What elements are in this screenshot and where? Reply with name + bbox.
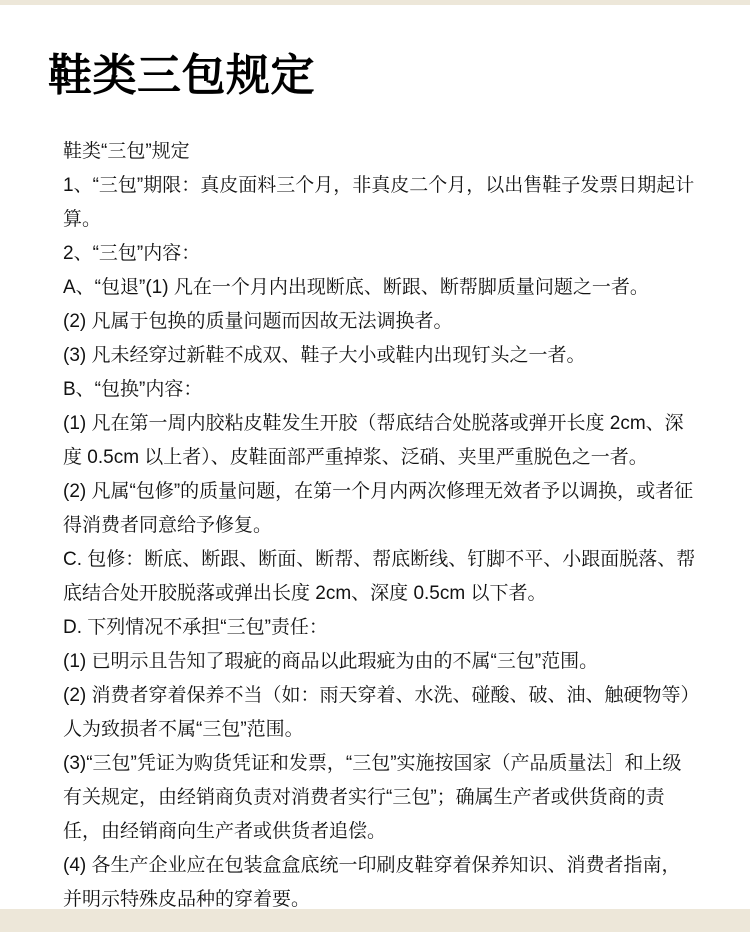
regulation-paragraph: (4) 各生产企业应在包装盒盒底统一印刷皮鞋穿着保养知识、消费者指南，并明示特殊… bbox=[63, 849, 698, 917]
page-title: 鞋类三包规定 bbox=[0, 0, 750, 100]
shoe-warranty-document: { "document": { "title": "鞋类三包规定", "para… bbox=[0, 0, 750, 932]
regulation-paragraph: B、“包换”内容： bbox=[63, 373, 698, 407]
regulation-paragraph: (2) 凡属于包换的质量问题而因故无法调换者。 bbox=[63, 305, 698, 339]
regulation-paragraph: (3)“三包”凭证为购货凭证和发票，“三包”实施按国家（产品质量法］和上级有关规… bbox=[63, 747, 698, 849]
bottom-background-band bbox=[0, 909, 750, 932]
regulation-paragraph: (1) 凡在第一周内胶粘皮鞋发生开胶（帮底结合处脱落或弹开长度 2cm、深度 0… bbox=[63, 407, 698, 475]
regulation-paragraph: A、“包退”(1) 凡在一个月内出现断底、断跟、断帮脚质量问题之一者。 bbox=[63, 271, 698, 305]
regulation-paragraph: 2、“三包”内容： bbox=[63, 237, 698, 271]
regulation-paragraph: (2) 凡属“包修”的质量问题，在第一个月内两次修理无效者予以调换，或者征得消费… bbox=[63, 475, 698, 543]
regulation-paragraph: (2) 消费者穿着保养不当（如：雨天穿着、水洗、碰酸、破、油、触硬物等）人为致损… bbox=[63, 679, 698, 747]
regulation-text: 鞋类“三包”规定1、“三包”期限：真皮面料三个月，非真皮二个月，以出售鞋子发票日… bbox=[63, 135, 698, 917]
regulation-paragraph: C. 包修：断底、断跟、断面、断帮、帮底断线、钉脚不平、小跟面脱落、帮底结合处开… bbox=[63, 543, 698, 611]
regulation-paragraph: (3) 凡未经穿过新鞋不成双、鞋子大小或鞋内出现钉头之一者。 bbox=[63, 339, 698, 373]
regulation-paragraph: 1、“三包”期限：真皮面料三个月，非真皮二个月，以出售鞋子发票日期起计算。 bbox=[63, 169, 698, 237]
regulation-paragraph: D. 下列情况不承担“三包”责任： bbox=[63, 611, 698, 645]
regulation-paragraph: 鞋类“三包”规定 bbox=[63, 135, 698, 169]
top-background-band bbox=[0, 0, 750, 5]
regulation-paragraph: (1) 已明示且告知了瑕疵的商品以此瑕疵为由的不属“三包”范围。 bbox=[63, 645, 698, 679]
